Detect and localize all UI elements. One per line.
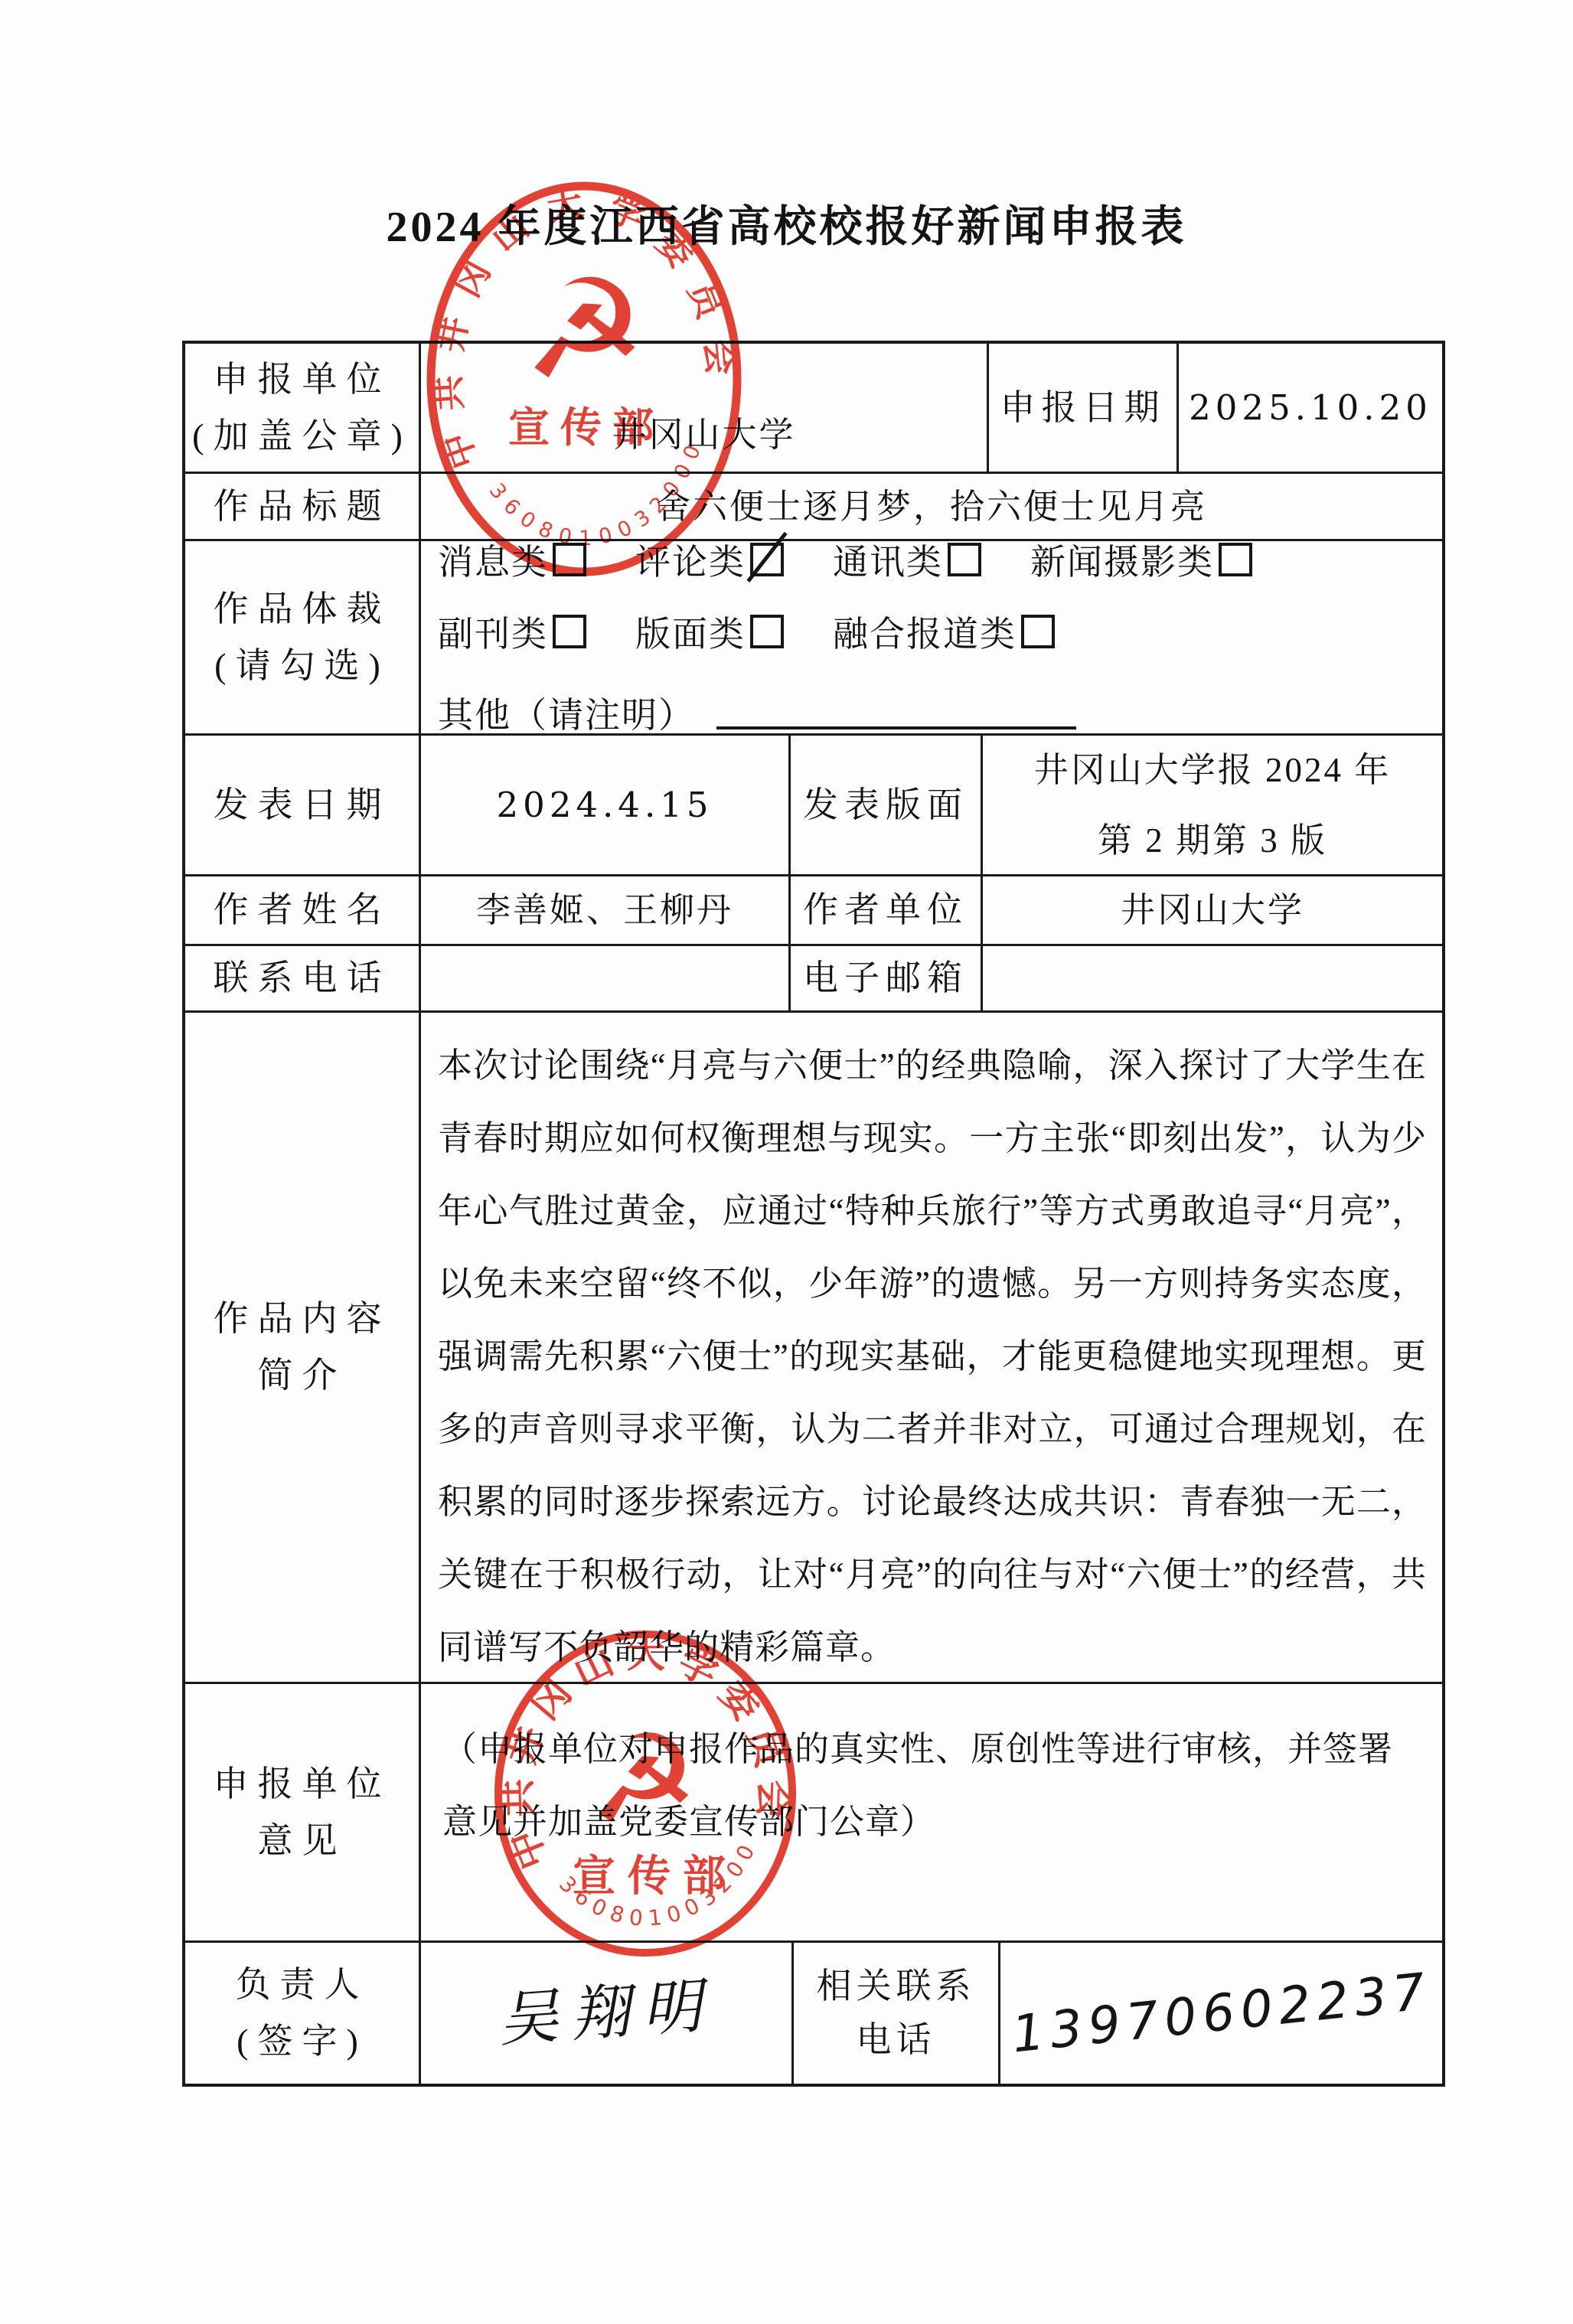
row-contact: 联系电话 电子邮箱 — [185, 944, 1442, 1010]
related-phone-label: 相关联系 电话 — [791, 1943, 998, 2084]
genre-other: 其他（请注明） — [438, 687, 1076, 738]
page-title: 2024 年度江西省高校校报好新闻申报表 — [0, 193, 1573, 254]
email-value — [981, 946, 1442, 1010]
author-name-label: 作者姓名 — [185, 876, 419, 944]
row-author: 作者姓名 李善姬、王柳丹 作者单位 井冈山大学 — [185, 874, 1442, 944]
genre-option-layout: 版面类 — [635, 606, 784, 657]
genre-option-supplement: 副刊类 — [438, 606, 586, 657]
application-form-table: 申报单位 (加盖公章) 井冈山大学 申报日期 2025.10.20 作品标题 舍… — [182, 341, 1445, 2087]
related-phone-value: 13970602237 — [998, 1943, 1442, 2084]
responsible-label: 负责人 (签字) — [185, 1943, 419, 2084]
declare-date-value: 2025.10.20 — [1176, 344, 1442, 472]
application-form-page: 2024 年度江西省高校校报好新闻申报表 申报单位 (加盖公章) 井冈山大学 申… — [0, 0, 1573, 2324]
genre-options: 消息类 评论类 通讯类 新闻摄影类 — [419, 541, 1442, 733]
responsible-signature: 吴翔明 — [419, 1943, 791, 2084]
genre-option-communication: 通讯类 — [833, 534, 981, 585]
author-unit-label: 作者单位 — [788, 876, 981, 944]
checkbox-icon — [1021, 615, 1055, 648]
publish-page-value: 井冈山大学报 2024 年 第 2 期第 3 版 — [981, 736, 1442, 874]
checkbox-icon — [750, 543, 784, 576]
genre-option-photography: 新闻摄影类 — [1030, 534, 1252, 585]
email-label: 电子邮箱 — [788, 946, 981, 1010]
contact-phone-value — [419, 946, 788, 1010]
genre-label: 作品体裁 (请勾选) — [185, 541, 419, 733]
summary-text: 本次讨论围绕“月亮与六便士”的经典隐喻，深入探讨了大学生在青春时期应如何权衡理想… — [419, 1013, 1442, 1682]
contact-phone-label: 联系电话 — [185, 946, 419, 1010]
author-unit-value: 井冈山大学 — [981, 876, 1442, 944]
checkbox-icon — [553, 615, 586, 648]
genre-option-converged: 融合报道类 — [833, 606, 1055, 657]
phone-handwriting: 13970602237 — [1009, 1962, 1434, 2064]
row-publish: 发表日期 2024.4.15 发表版面 井冈山大学报 2024 年 第 2 期第… — [185, 733, 1442, 874]
unit-opinion-note: （申报单位对申报作品的真实性、原创性等进行审核，并签署意见并加盖党委宣传部门公章… — [419, 1684, 1442, 1940]
genre-option-commentary: 评论类 — [635, 534, 784, 585]
checkbox-icon — [553, 543, 586, 576]
checkbox-icon — [750, 615, 784, 648]
row-declaring-unit: 申报单位 (加盖公章) 井冈山大学 申报日期 2025.10.20 — [185, 344, 1442, 472]
work-title-label: 作品标题 — [185, 474, 419, 539]
genre-option-news: 消息类 — [438, 534, 586, 585]
genre-line-1: 消息类 评论类 通讯类 新闻摄影类 — [438, 534, 1252, 585]
check-mark-icon — [746, 531, 787, 582]
declaring-unit-label: 申报单位 (加盖公章) — [185, 344, 419, 472]
signature-handwriting: 吴翔明 — [497, 1976, 716, 2049]
work-title-value: 舍六便士逐月梦，拾六便士见月亮 — [419, 474, 1442, 539]
other-blank-line — [716, 696, 1076, 730]
declaring-unit-value: 井冈山大学 — [419, 344, 987, 472]
row-work-title: 作品标题 舍六便士逐月梦，拾六便士见月亮 — [185, 472, 1442, 539]
unit-opinion-label: 申报单位 意见 — [185, 1684, 419, 1940]
checkbox-icon — [1219, 543, 1252, 576]
declare-date-label: 申报日期 — [987, 344, 1176, 472]
row-genre: 作品体裁 (请勾选) 消息类 评论类 通讯类 — [185, 539, 1442, 733]
row-summary: 作品内容 简介 本次讨论围绕“月亮与六便士”的经典隐喻，深入探讨了大学生在青春时… — [185, 1010, 1442, 1682]
row-responsible: 负责人 (签字) 吴翔明 相关联系 电话 13970602237 — [185, 1940, 1442, 2084]
publish-date-label: 发表日期 — [185, 736, 419, 874]
row-unit-opinion: 申报单位 意见 （申报单位对申报作品的真实性、原创性等进行审核，并签署意见并加盖… — [185, 1682, 1442, 1940]
genre-line-2: 副刊类 版面类 融合报道类 — [438, 606, 1055, 657]
checkbox-icon — [948, 543, 981, 576]
publish-date-value: 2024.4.15 — [419, 736, 788, 874]
publish-page-label: 发表版面 — [788, 736, 981, 874]
summary-label: 作品内容 简介 — [185, 1013, 419, 1682]
author-name-value: 李善姬、王柳丹 — [419, 876, 788, 944]
